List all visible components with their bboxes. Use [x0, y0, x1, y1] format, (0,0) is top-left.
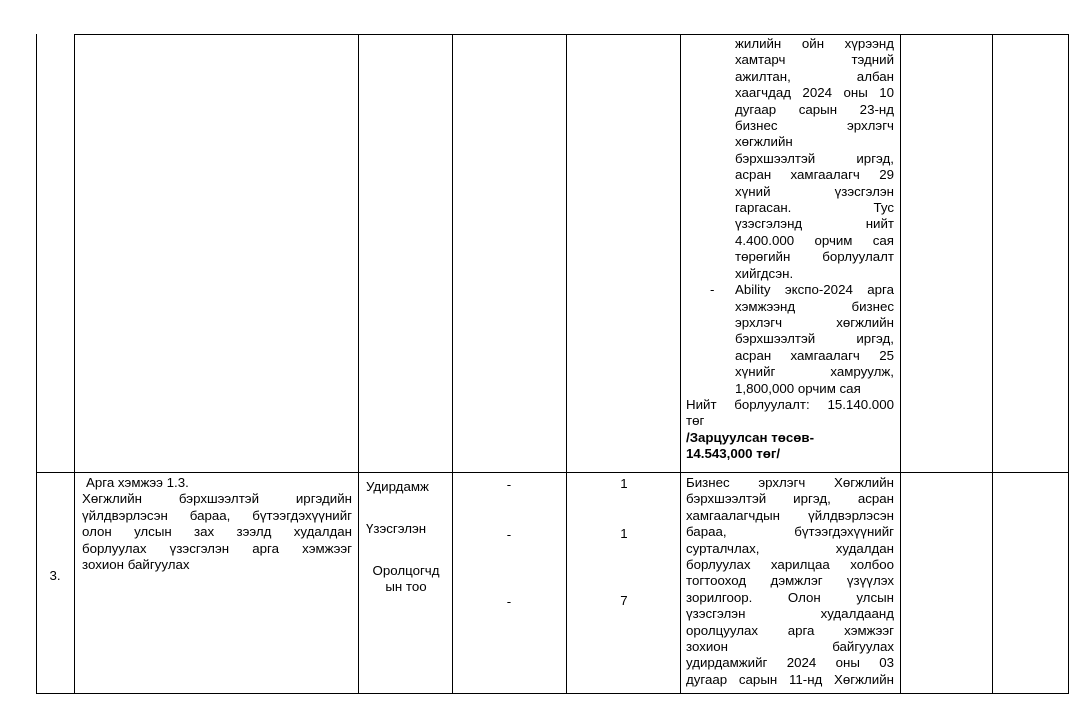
row3-report-line: хамгаалагчдын үйлдвэрлэсэн	[686, 508, 894, 524]
activity-line: үйлдвэрлэсэн бараа, бүтээгдэхүүнийг	[82, 508, 352, 524]
row3-report-line: үзэсгэлэн худалдаанд	[686, 606, 894, 622]
row3-report-line: удирдамжийг 2024 оны 03	[686, 655, 894, 671]
report-bullet-1-line: хийгдсэн.	[735, 266, 894, 282]
report-bullet-1-line: хөгжлийн	[735, 134, 894, 150]
report-bullet-1-line: асран хамгаалагч 29	[735, 167, 894, 183]
report-bullet-1-line: 4.400.000 орчим сая	[735, 233, 894, 249]
col-line	[74, 34, 75, 694]
report-bullet-1-line: бэрхшээлтэй иргэд,	[735, 151, 894, 167]
col-line	[358, 34, 359, 694]
indicator-label-3-line2: ын тоо	[360, 579, 452, 595]
baseline-1: -	[452, 477, 566, 493]
activity-line: Хөгжлийн бэрхшээлтэй иргэдийн	[82, 491, 352, 507]
row3-report-line: сурталчлах, худалдан	[686, 541, 894, 557]
indicator-label-3: Оролцогчд ын тоо	[360, 563, 452, 596]
report-bullet-2-line: хүнийг хамруулж,	[735, 364, 894, 380]
col-line	[680, 34, 681, 694]
col-line	[1068, 34, 1069, 694]
report-cell-continued: жилийн ойн хүрээндхамтарч тэднийажилтан,…	[686, 36, 894, 463]
report-bullet-1-line: гаргасан. Тус	[735, 200, 894, 216]
indicator-label-2: Үзэсгэлэн	[366, 521, 452, 537]
report-bullet-1-line: хаагчдад 2024 оны 10	[735, 85, 894, 101]
row3-report-line: дугаар сарын 11-нд Хөгжлийн	[686, 672, 894, 688]
report-bullet-1-line: дугаар сарын 23-нд	[735, 102, 894, 118]
activity-line: борлуулах үзэсгэлэн арга хэмжээг	[82, 541, 352, 557]
baseline-3: -	[452, 594, 566, 610]
report-bullet-1-line: төрөгийн борлуулалт	[735, 249, 894, 265]
report-bullet-2-line: эрхлэгч хөгжлийн	[735, 315, 894, 331]
total-sales-text: Нийт борлуулалт: 15.140.000	[686, 397, 894, 413]
report-bullet-1-line: хүний үзэсгэлэн	[735, 184, 894, 200]
report-bullet-2-line: бэрхшээлтэй иргэд,	[735, 331, 894, 347]
table-bottom-border	[36, 693, 1069, 694]
row3-report-line: зорилгоор. Олон улсын	[686, 590, 894, 606]
row3-report-line: бэрхшээлтэй иргэд, асран	[686, 491, 894, 507]
activity-cell: Арга хэмжээ 1.3. Хөгжлийн бэрхшээлтэй ир…	[82, 475, 352, 573]
report-bullet-1: жилийн ойн хүрээндхамтарч тэднийажилтан,…	[686, 36, 894, 282]
baseline-2: -	[452, 527, 566, 543]
row3-report-line: бараа, бүтээгдэхүүнийг	[686, 524, 894, 540]
table-top-border	[74, 34, 1069, 35]
report-bullet-1-line: бизнес эрхлэгч	[735, 118, 894, 134]
target-2: 1	[566, 526, 680, 542]
row3-report-line: тогтооход дэмжлэг үзүүлэх	[686, 573, 894, 589]
row3-report-line: борлуулах харилцаа холбоо	[686, 557, 894, 573]
report-bullet-2-line: асран хамгаалагч 25	[735, 348, 894, 364]
spent-budget-value: 14.543,000 төг/	[686, 446, 894, 462]
row3-report-line: Бизнес эрхлэгч Хөгжлийн	[686, 475, 894, 491]
report-cell-row3: Бизнес эрхлэгч Хөгжлийнбэрхшээлтэй иргэд…	[686, 475, 894, 688]
col-line	[36, 34, 37, 694]
spent-budget-text: /Зарцуулсан төсөв-	[686, 430, 894, 446]
col-line	[992, 34, 993, 694]
activity-line: олон улсын зах зээлд худалдан	[82, 524, 352, 540]
activity-line: зохион байгуулах	[82, 557, 352, 573]
activity-title: Арга хэмжээ 1.3.	[82, 475, 352, 491]
report-bullet-1-line: үзэсгэлэнд нийт	[735, 216, 894, 232]
report-bullet-2: - Ability экспо-2024 аргахэмжээнд бизнес…	[686, 282, 894, 397]
indicator-label-1: Удирдамж	[366, 479, 452, 495]
total-sales-unit: төг	[686, 413, 894, 429]
row-divider	[36, 472, 1069, 473]
row-number: 3.	[36, 568, 74, 584]
report-bullet-2-line: хэмжээнд бизнес	[735, 299, 894, 315]
report-bullet-2-line: Ability экспо-2024 арга	[735, 282, 894, 298]
report-bullet-1-line: жилийн ойн хүрээнд	[735, 36, 894, 52]
bullet-marker: -	[710, 282, 714, 298]
row3-report-line: зохион байгуулах	[686, 639, 894, 655]
report-bullet-2-line: 1,800,000 орчим сая	[735, 381, 894, 397]
report-bullet-1-line: хамтарч тэдний	[735, 52, 894, 68]
target-1: 1	[566, 476, 680, 492]
indicator-label-3-line1: Оролцогчд	[360, 563, 452, 579]
col-line	[900, 34, 901, 694]
row3-report-line: оролцуулах арга хэмжээг	[686, 623, 894, 639]
target-3: 7	[566, 593, 680, 609]
report-bullet-1-line: ажилтан, албан	[735, 69, 894, 85]
